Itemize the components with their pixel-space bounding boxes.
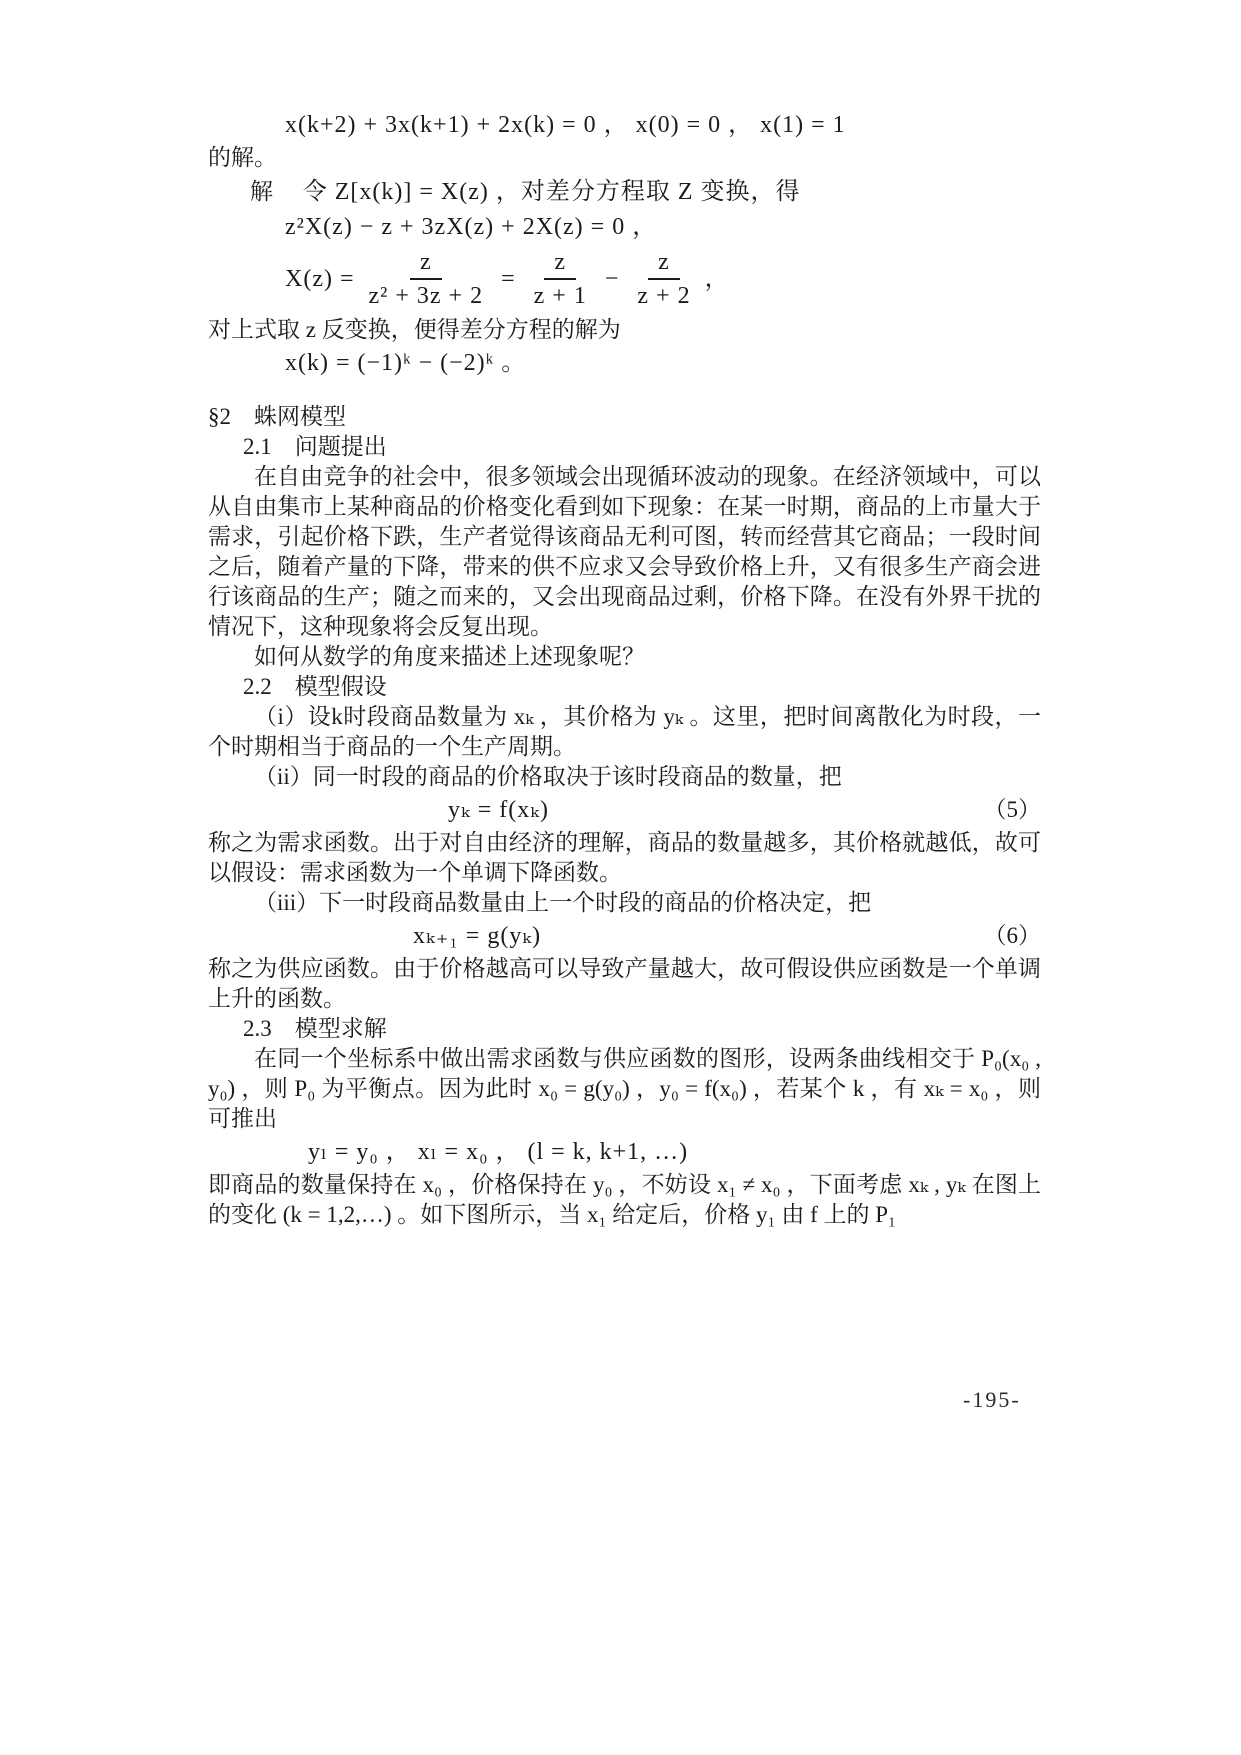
- fraction-2: z z + 1: [528, 247, 593, 311]
- equation-xz-fractions: X(z) = z z² + 3z + 2 = z z + 1 − z z + 2…: [208, 244, 1041, 314]
- fraction-2-numerator: z: [544, 247, 576, 280]
- equation-steady-state: yₗ = y₀ ， xₗ = x₀ ， (l = k, k+1, …): [208, 1134, 1041, 1170]
- paragraph-question: 如何从数学的角度来描述上述现象呢？: [208, 642, 1041, 672]
- equation-5-number: （5）: [984, 792, 1042, 828]
- equation-comma: ，: [705, 264, 730, 294]
- fraction-1-numerator: z: [410, 247, 442, 280]
- page-content: x(k+2) + 3x(k+1) + 2x(k) = 0 ， x(0) = 0 …: [208, 108, 1041, 1230]
- solution-of-line: 的解。: [208, 142, 1041, 174]
- equation-difference: x(k+2) + 3x(k+1) + 2x(k) = 0 ， x(0) = 0 …: [208, 108, 1041, 142]
- section-2-1-heading: 2.1 问题提出: [208, 432, 1041, 462]
- equation-6-number: （6）: [984, 918, 1042, 954]
- section-2-3-heading: 2.3 模型求解: [208, 1014, 1041, 1044]
- fraction-3-numerator: z: [648, 247, 680, 280]
- fraction-3: z z + 2: [631, 247, 696, 311]
- fraction-3-denominator: z + 2: [631, 280, 696, 311]
- fraction-1: z z² + 3z + 2: [363, 247, 490, 311]
- solve-text: 令 Z[x(k)] = X(z) ，对差分方程取 Z 变换，得: [303, 179, 801, 205]
- section-2-2-heading: 2.2 模型假设: [208, 672, 1041, 702]
- paragraph-cobweb-intro: 即商品的数量保持在 x₀ ，价格保持在 y₀ ，不妨设 x₁ ≠ x₀ ，下面考…: [208, 1170, 1041, 1230]
- equation-z-transform: z²X(z) − z + 3zX(z) + 2X(z) = 0 ，: [208, 210, 1041, 244]
- equation-6: xₖ₊₁ = g(yₖ) （6）: [208, 918, 1041, 954]
- paragraph-supply-function: 称之为供应函数。由于价格越高可以导致产量越大，故可假设供应函数是一个单调上升的函…: [208, 954, 1041, 1014]
- assumption-iii: （iii）下一时段商品数量由上一个时段的商品的价格决定，把: [208, 888, 1041, 918]
- paragraph-problem: 在自由竞争的社会中，很多领域会出现循环波动的现象。在经济领域中，可以从自由集市上…: [208, 462, 1041, 642]
- minus-sign: −: [605, 264, 620, 294]
- fraction-2-denominator: z + 1: [528, 280, 593, 311]
- solve-line: 解 令 Z[x(k)] = X(z) ，对差分方程取 Z 变换，得: [208, 174, 1041, 210]
- equation-5-formula: yₖ = f(xₖ): [448, 792, 549, 828]
- section-2-heading: §2 蛛网模型: [208, 402, 1041, 432]
- equals-sign: =: [501, 264, 516, 294]
- inverse-transform-line: 对上式取 z 反变换，便得差分方程的解为: [208, 314, 1041, 346]
- paragraph-equilibrium: 在同一个坐标系中做出需求函数与供应函数的图形，设两条曲线相交于 P₀(x₀ , …: [208, 1044, 1041, 1134]
- solve-label: 解: [250, 179, 273, 204]
- document-page: x(k+2) + 3x(k+1) + 2x(k) = 0 ， x(0) = 0 …: [0, 0, 1241, 1755]
- equation-6-formula: xₖ₊₁ = g(yₖ): [413, 918, 541, 954]
- assumption-ii: （ii）同一时段的商品的价格取决于该时段商品的数量，把: [208, 762, 1041, 792]
- equation-lhs: X(z) =: [285, 264, 355, 294]
- assumption-i: （i）设k时段商品数量为 xₖ ，其价格为 yₖ 。这里，把时间离散化为时段，一…: [208, 702, 1041, 762]
- paragraph-demand-function: 称之为需求函数。出于对自由经济的理解，商品的数量越多，其价格就越低，故可以假设：…: [208, 828, 1041, 888]
- equation-5: yₖ = f(xₖ) （5）: [208, 792, 1041, 828]
- equation-xk-solution: x(k) = (−1)ᵏ − (−2)ᵏ 。: [208, 346, 1041, 380]
- page-number: -195-: [963, 1387, 1021, 1413]
- fraction-1-denominator: z² + 3z + 2: [363, 280, 490, 311]
